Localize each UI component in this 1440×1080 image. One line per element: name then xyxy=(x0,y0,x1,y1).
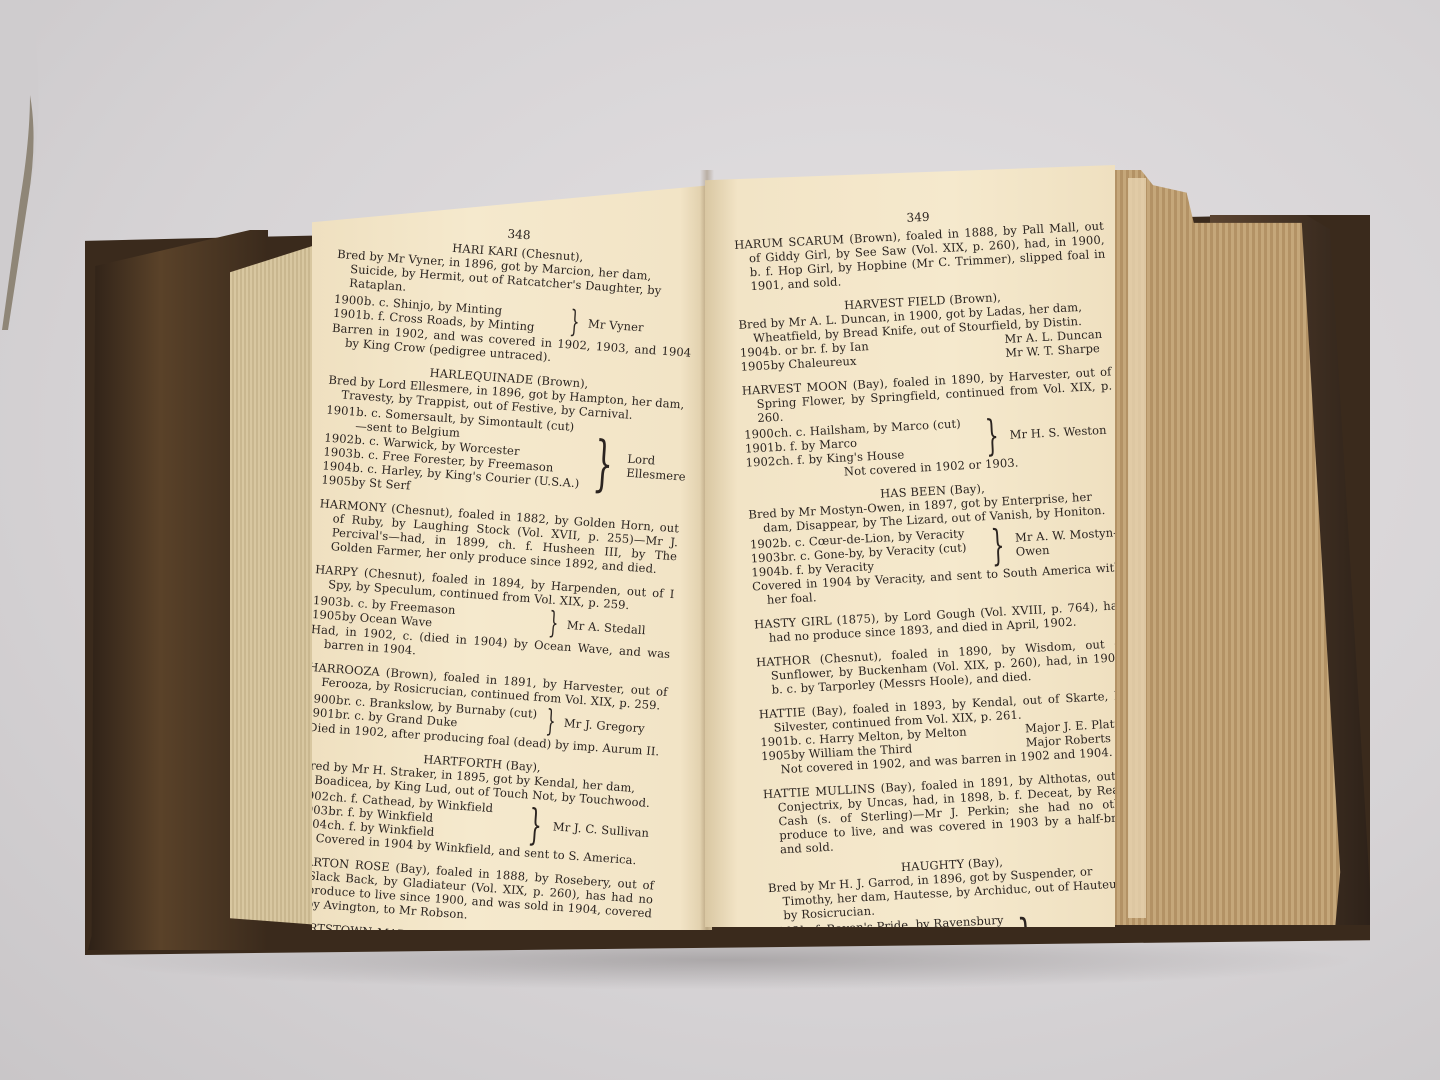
entry-harlequinade: HARLEQUINADE (Brown), Bred by Lord Elles… xyxy=(321,359,689,512)
right-page: 349 HARUM SCARUM (Brown), foaled in 1888… xyxy=(705,165,1115,927)
brace: } xyxy=(990,524,1006,567)
entry-text: HATTIE MULLINS (Bay), foaled in 1891, by… xyxy=(763,768,1136,857)
entry-hattie: HATTIE (Bay), foaled in 1893, by Kendal,… xyxy=(759,688,1132,777)
entry-harvest-moon: HARVEST MOON (Bay), foaled in 1890, by H… xyxy=(742,364,1117,483)
brace: } xyxy=(569,307,581,338)
page-edges-highlight xyxy=(1128,178,1146,918)
brace: } xyxy=(548,609,560,640)
left-page: 348 HARI KARI (Chesnut), Bred by Mr Vyne… xyxy=(312,185,712,930)
entry-has-been: HAS BEEN (Bay), Bred by Mr Mostyn-Owen, … xyxy=(747,474,1122,607)
owner: Mr Vyner xyxy=(588,317,694,338)
brace: } xyxy=(545,707,557,738)
entry-text: HATHOR (Chesnut), foaled in 1890, by Wis… xyxy=(756,636,1128,697)
owner: Mr J. Gregory xyxy=(563,716,665,737)
entry-hari-kari: HARI KARI (Chesnut), Bred by Mr Vyner, i… xyxy=(331,233,698,374)
owner: Mr A. W. Mostyn-Owen xyxy=(1015,525,1121,558)
left-page-text: 348 HARI KARI (Chesnut), Bred by Mr Vyne… xyxy=(287,215,699,996)
entry-hathor: HATHOR (Chesnut), foaled in 1890, by Wis… xyxy=(756,636,1128,697)
entry-harvest-field: HARVEST FIELD (Brown), Bred by Mr A. L. … xyxy=(737,285,1110,374)
page-edges-left xyxy=(230,245,320,925)
brace: } xyxy=(592,433,615,494)
entry-harrooza: HARROOZA (Brown), foaled in 1891, by Har… xyxy=(304,660,668,759)
owner: Lord Ellesmere xyxy=(626,452,687,484)
brace: } xyxy=(527,804,543,847)
entry-hartforth: HARTFORTH (Bay), Bred by Mr H. Straker, … xyxy=(296,744,662,869)
owner: Mr J. C. Sullivan xyxy=(552,819,658,840)
brace: } xyxy=(984,414,1000,457)
entry-hattie-mullins: HATTIE MULLINS (Bay), foaled in 1891, by… xyxy=(763,768,1136,857)
owner: Mr A. Stedall xyxy=(566,618,672,639)
owner: Mr H. S. Weston xyxy=(1009,422,1115,441)
entry-harpy: HARPY (Chesnut), foaled in 1894, by Harp… xyxy=(310,562,675,675)
paper-knife xyxy=(0,0,50,330)
right-page-text: 349 HARUM SCARUM (Brown), foaled in 1888… xyxy=(733,201,1143,991)
